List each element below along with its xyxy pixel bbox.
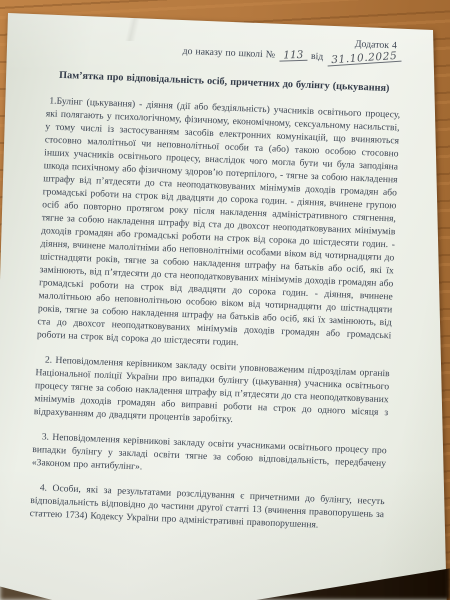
- document-content: Додаток 4 до наказу по школі № 113 від 3…: [20, 10, 414, 535]
- document-photo: Додаток 4 до наказу по школі № 113 від 3…: [0, 0, 450, 600]
- handwritten-date: 31.10.2025: [327, 52, 402, 67]
- handwritten-order-number: 113: [279, 51, 307, 62]
- paragraph-bullying-definition: 1.Булінг (цькування) - діяння (дії або б…: [37, 94, 401, 355]
- paragraph-director-nonreporting: 2. Неповідомлення керівником закладу осв…: [34, 353, 390, 432]
- paragraph-participants-nonreporting: 3. Неповідомлення керівникові закладу ос…: [32, 430, 387, 483]
- order-prefix-text: до наказу по школі №: [182, 46, 275, 61]
- order-conjunction-text: від: [311, 51, 324, 62]
- document-title: Пам’ятка про відповідальність осіб, прич…: [47, 68, 401, 95]
